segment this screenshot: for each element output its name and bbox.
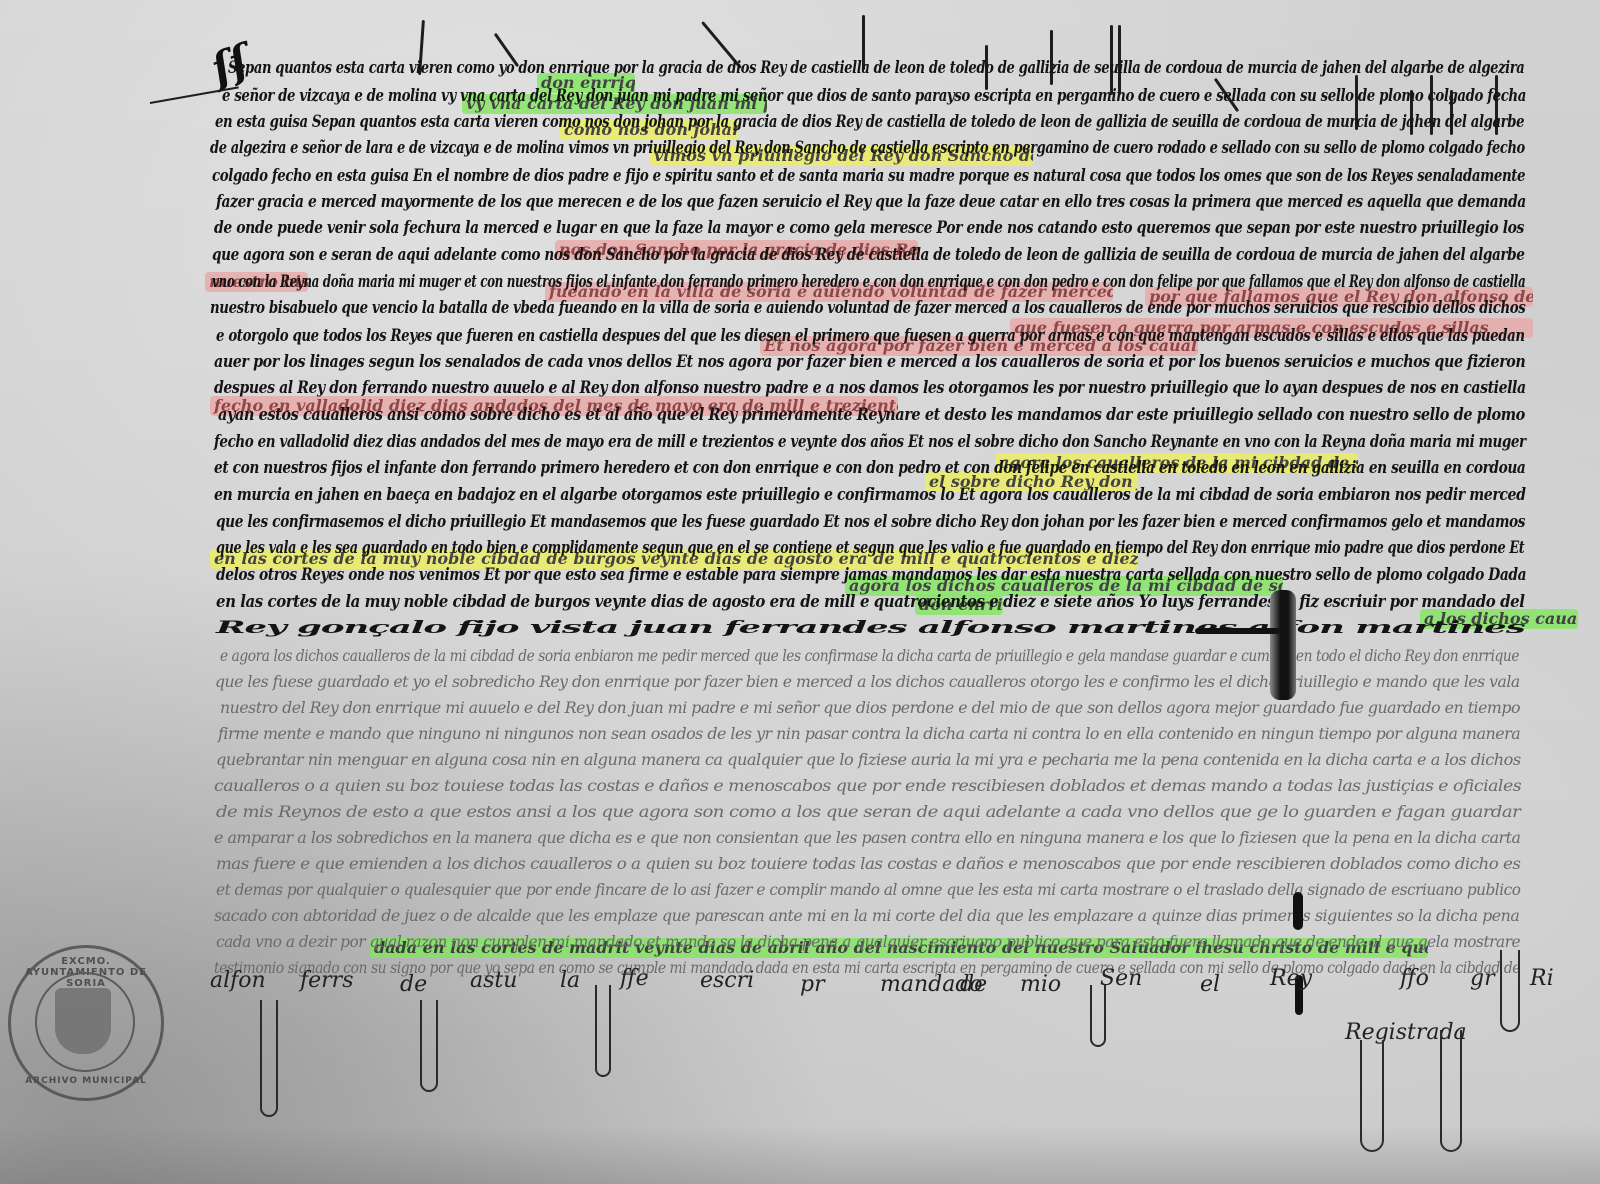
manuscript-line: auer por los linages segun los senalados… [214, 352, 1525, 372]
coat-of-arms-icon [55, 988, 111, 1054]
manuscript-line: sacado con abtoridad de juez o de alcald… [214, 906, 1519, 925]
manuscript-line: despues al Rey don ferrando nuestro auue… [214, 378, 1526, 398]
manuscript-line: fecho en valladolid diez dias andados de… [214, 432, 1526, 452]
parchment-tear [1270, 590, 1296, 700]
signature-word: gr [1470, 966, 1495, 991]
manuscript-line: et demas por qualquier o qualesquier que… [216, 880, 1520, 899]
manuscript-line: de onde puede venir sola fechura la merc… [214, 218, 1524, 238]
signature-word: la [560, 968, 580, 993]
manuscript-line: de mis Reynos de esto a que estos ansi a… [216, 802, 1520, 821]
signature-word: Ri [1530, 966, 1554, 991]
manuscript-line: en esta guisa Sepan quantos esta carta v… [215, 112, 1524, 132]
manuscript-line: caualleros o a quien su boz touiese toda… [214, 776, 1521, 795]
manuscript-line: e amparar a los sobredichos en la manera… [214, 828, 1520, 847]
signature-word: ffe [620, 966, 649, 991]
manuscript-line: que les fuese guardado et yo el sobredic… [215, 672, 1520, 691]
ink-blot [1195, 628, 1280, 634]
manuscript-line: e otorgolo que todos los Reyes que fuere… [216, 326, 1525, 346]
manuscript-line: e señor de vizcaya e de molina vy vna ca… [222, 86, 1526, 106]
manuscript-line: e agora los dichos caualleros de la mi c… [220, 646, 1519, 665]
signature-word: Sen [1100, 966, 1142, 991]
manuscript-line: que agora son e seran de aqui adelante c… [212, 245, 1525, 265]
signature-word: astu [470, 968, 517, 993]
manuscript-line: cada vno a dezir por qual razon non cump… [216, 932, 1520, 951]
stamp-bottom-text: ARCHIVO MUNICIPAL [21, 1076, 151, 1086]
manuscript-line: que les confirmasemos el dicho priuilleg… [216, 512, 1525, 532]
signature-word: de [960, 972, 987, 997]
parchment-hole [1293, 892, 1303, 930]
signature-word: escri [700, 968, 754, 993]
manuscript-line: nuestro del Rey don enrrique mi auuelo e… [220, 698, 1520, 717]
manuscript-line: mas fuere e que emienden a los dichos ca… [216, 854, 1520, 873]
signature-word: el [1200, 972, 1220, 997]
manuscript-line: en murcia en jahen en baeça en badajoz e… [214, 485, 1526, 505]
manuscript-line: Sepan quantos esta carta vieren como yo … [228, 58, 1524, 78]
signature-word: alfon [210, 968, 266, 993]
signature-word: Rey [1270, 966, 1312, 991]
manuscript-line: firme mente e mando que ninguno ni ningu… [218, 724, 1520, 743]
manuscript-line: colgado fecho en esta guisa En el nombre… [212, 166, 1525, 186]
signature-word: de [400, 972, 427, 997]
signature-word: pr [800, 972, 825, 997]
manuscript-line: fazer gracia e merced mayormente de los … [216, 192, 1526, 212]
manuscript-line: delos otros Reyes onde nos venimos Et po… [216, 565, 1526, 585]
signature-word: mio [1020, 972, 1061, 997]
manuscript-line: nuestro bisabuelo que vencio la batalla … [210, 298, 1525, 318]
manuscript-line: vno con la Reyna doña maria mi muger et … [212, 272, 1525, 292]
archive-stamp: EXCMO. AYUNTAMIENTO DE SORIA ARCHIVO MUN… [8, 945, 164, 1101]
manuscript-line: de algezira e señor de lara e de vizcaya… [210, 138, 1525, 158]
manuscript-line: Rey gonçalo fijo vista juan ferrandes al… [216, 618, 1525, 638]
manuscript-line: que les vala e les sea guardado en todo … [216, 538, 1524, 558]
page-shadow [0, 1125, 1600, 1184]
manuscript-line: ayan estos caualleros ansi como sobre di… [218, 405, 1525, 425]
signature-word: ffo [1400, 966, 1429, 991]
manuscript-line: en las cortes de la muy noble cibdad de … [216, 592, 1524, 612]
manuscript-line: quebrantar nin menguar en alguna cosa ni… [216, 750, 1521, 769]
signature-word: ferrs [300, 968, 354, 993]
manuscript-line: et con nuestros fijos el infante don fer… [214, 458, 1525, 478]
